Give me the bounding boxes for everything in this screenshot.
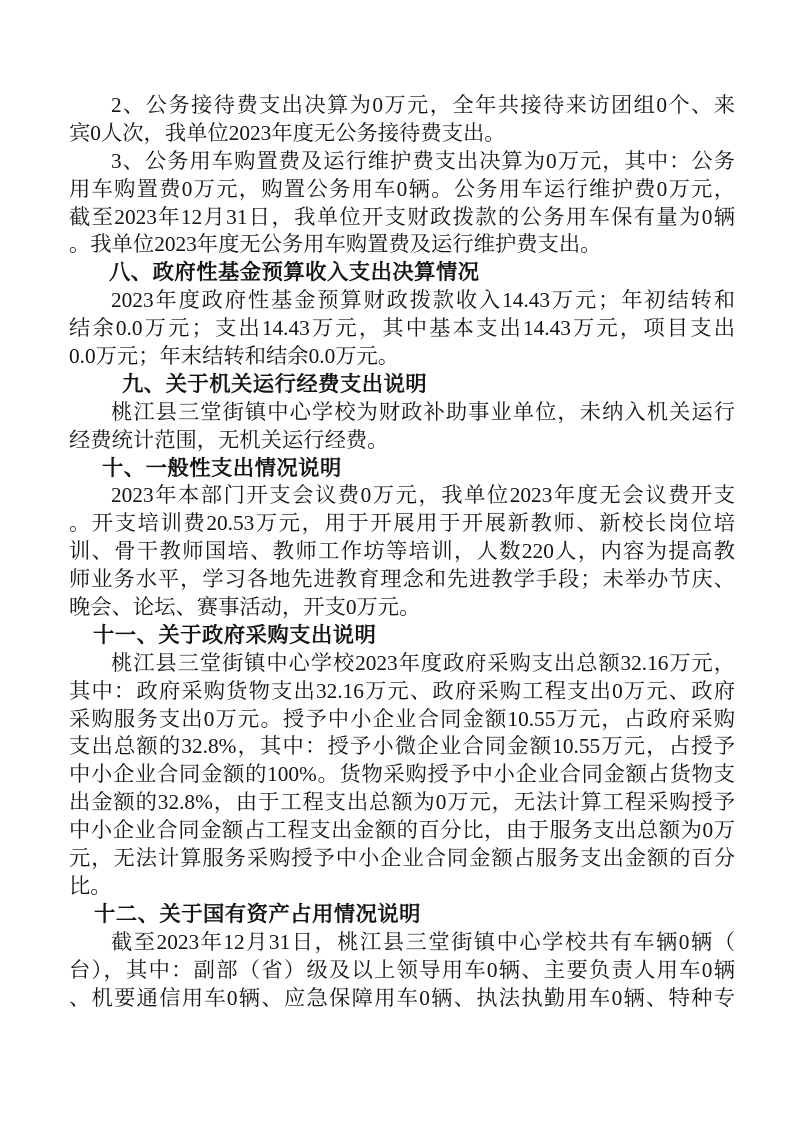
section-heading: 十、一般性支出情况说明 (69, 455, 735, 483)
paragraph-line: 2023年度政府性基金预算财政拨款收入14.43万元；年初结转和 (69, 287, 735, 315)
paragraph-line: 台），其中：副部（省）级及以上领导用车0辆、主要负责人用车0辆 (69, 957, 735, 985)
paragraph-line: 其中：政府采购货物支出32.16万元、政府采购工程支出0万元、政府 (69, 678, 735, 706)
paragraph-line: 中小企业合同金额占工程支出金额的百分比，由于服务支出总额为0万 (69, 817, 735, 845)
paragraph-line: 采购服务支出0万元。授予中小企业合同金额10.55万元，占政府采购 (69, 706, 735, 734)
paragraph-line: 2、公务接待费支出决算为0万元，全年共接待来访团组0个、来 (69, 92, 735, 120)
paragraph-line: 训、骨干教师国培、教师工作坊等培训，人数220人，内容为提高教 (69, 538, 735, 566)
paragraph-line: 支出总额的32.8%，其中：授予小微企业合同金额10.55万元，占授予 (69, 733, 735, 761)
paragraph-line: 桃江县三堂街镇中心学校2023年度政府采购支出总额32.16万元， (69, 650, 735, 678)
document-text: 2、公务接待费支出决算为0万元，全年共接待来访团组0个、来宾0人次，我单位202… (69, 92, 735, 1012)
paragraph-line: 宾0人次，我单位2023年度无公务接待费支出。 (69, 120, 735, 148)
paragraph-line: 。我单位2023年度无公务用车购置费及运行维护费支出。 (69, 231, 735, 259)
section-heading: 十二、关于国有资产占用情况说明 (69, 901, 735, 929)
document-page: 2、公务接待费支出决算为0万元，全年共接待来访团组0个、来宾0人次，我单位202… (0, 0, 793, 1122)
paragraph-line: 比。 (69, 873, 735, 901)
paragraph-line: 经费统计范围，无机关运行经费。 (69, 427, 735, 455)
section-heading: 九、关于机关运行经费支出说明 (69, 371, 735, 399)
paragraph-line: 晚会、论坛、赛事活动，开支0万元。 (69, 594, 735, 622)
paragraph-line: 中小企业合同金额的100%。货物采购授予中小企业合同金额占货物支 (69, 761, 735, 789)
paragraph-line: 0.0万元；年末结转和结余0.0万元。 (69, 343, 735, 371)
paragraph-line: 桃江县三堂街镇中心学校为财政补助事业单位，未纳入机关运行 (69, 399, 735, 427)
paragraph-line: 。开支培训费20.53万元，用于开展用于开展新教师、新校长岗位培 (69, 510, 735, 538)
section-heading: 十一、关于政府采购支出说明 (69, 622, 735, 650)
paragraph-line: 用车购置费0万元，购置公务用车0辆。公务用车运行维护费0万元， (69, 176, 735, 204)
paragraph-line: 出金额的32.8%，由于工程支出总额为0万元，无法计算工程采购授予 (69, 789, 735, 817)
paragraph-line: 2023年本部门开支会议费0万元，我单位2023年度无会议费开支 (69, 482, 735, 510)
paragraph-line: 截至2023年12月31日，桃江县三堂街镇中心学校共有车辆0辆（ (69, 929, 735, 957)
paragraph-line: 3、公务用车购置费及运行维护费支出决算为0万元，其中：公务 (69, 148, 735, 176)
paragraph-line: 截至2023年12月31日，我单位开支财政拨款的公务用车保有量为0辆 (69, 204, 735, 232)
paragraph-line: 元，无法计算服务采购授予中小企业合同金额占服务支出金额的百分 (69, 845, 735, 873)
section-heading: 八、政府性基金预算收入支出决算情况 (69, 259, 735, 287)
paragraph-line: 结余0.0万元；支出14.43万元，其中基本支出14.43万元，项目支出 (69, 315, 735, 343)
paragraph-line: 、机要通信用车0辆、应急保障用车0辆、执法执勤用车0辆、特种专 (69, 985, 735, 1013)
paragraph-line: 师业务水平，学习各地先进教育理念和先进教学手段；未举办节庆、 (69, 566, 735, 594)
